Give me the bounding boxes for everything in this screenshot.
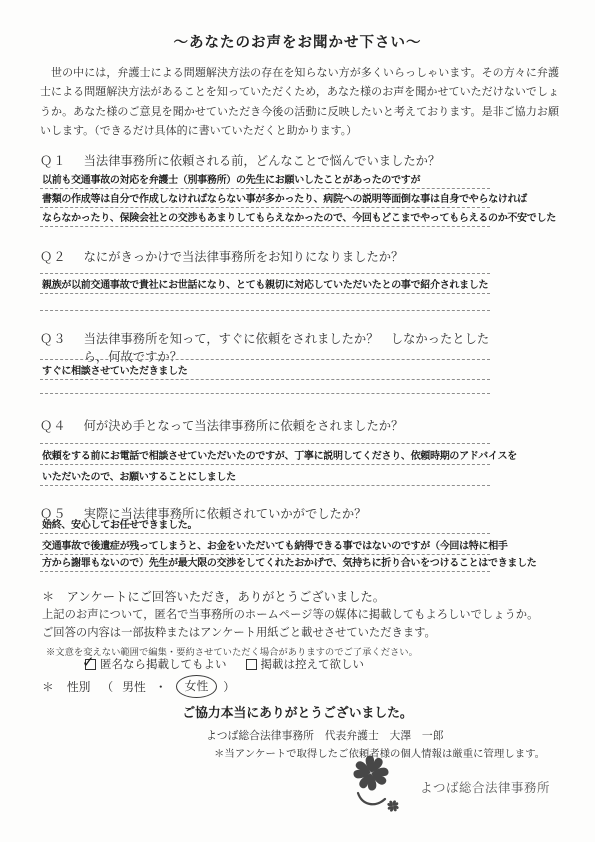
question-block-2: Ｑ２ なにがきっかけで当法律事務所をお知りになりましたか？ 親族が以前交通事故で… — [40, 247, 490, 311]
gender-paren-close: ） — [223, 678, 235, 695]
answer-ruled-line — [40, 294, 490, 311]
clover-logo-icon — [344, 748, 412, 819]
checkbox-decline-publish[interactable]: 掲載は控えて欲しい — [245, 656, 365, 672]
answer-text: 交通事故で後遺症が残ってしまうと、お金をいただいても納得できる事ではないのですが… — [42, 542, 508, 552]
gender-female-option-circled[interactable]: 女性 — [176, 675, 218, 698]
answer-line: 交通事故で後遺症が残ってしまうと、お金をいただいても納得できる事ではないのですが… — [40, 534, 490, 555]
question-4: Ｑ４ 何が決め手となって当法律事務所に依頼をされましたか？ — [40, 416, 490, 434]
answer-line: 依頼をする前にお電話で相談させていただいたのですが、丁寧に説明してくださり、依頼… — [40, 444, 490, 465]
checkbox-anonymous-ok[interactable]: ✓ 匿名なら掲載してもよい — [84, 656, 227, 672]
checkbox-decline-publish-label: 掲載は控えて欲しい — [261, 656, 365, 672]
checkbox-anonymous-ok-label: 匿名なら掲載してもよい — [100, 656, 227, 672]
checkbox-icon-checked[interactable]: ✓ — [84, 658, 97, 671]
question-3: Ｑ３ 当法律事務所を知って，すぐに依頼をされましたか？ しなかったとしたら，何故… — [40, 329, 490, 347]
firm-representative-line: よつば総合法律事務所 代表弁護士 大澤 一郎 — [206, 728, 444, 743]
gender-label: 性別 — [67, 678, 91, 695]
question-2-text: なにがきっかけで当法律事務所をお知りになりましたか？ — [84, 247, 404, 265]
question-1-label: Ｑ１ — [40, 151, 67, 169]
firm-logo-text: よつば総合法律事務所 — [420, 778, 550, 796]
question-block-1: Ｑ１ 当法律事務所に依頼される前，どんなことで悩んでいましたか？ 以前も交通事故… — [40, 151, 490, 227]
answer-text: ならなかったり、保険会社との交渉もあまりしてもらえなかったので、今回もどこまでや… — [42, 214, 556, 224]
answer-ruled-line — [40, 347, 490, 360]
question-5: Ｑ５ 実際に当法律事務所に依頼されていかがでしたか？ — [40, 504, 490, 519]
question-3-label: Ｑ３ — [40, 329, 67, 347]
question-2: Ｑ２ なにがきっかけで当法律事務所をお知りになりましたか？ — [40, 247, 490, 265]
answer-text: いただいたので、お願いすることにしました — [42, 473, 236, 483]
answer-text: 始終、安心してお任せできました。 — [42, 521, 197, 531]
answer-text: 親族が以前交通事故で貴社にお世話になり、とても親切に対応していただいたとの事で紹… — [42, 281, 488, 291]
answer-text: 書類の作成等は自分で作成しなければならない事が多かったり、病院への説明等面倒な事… — [42, 195, 527, 205]
answer-line: 始終、安心してお任せできました。 — [40, 519, 490, 534]
question-4-text: 何が決め手となって当法律事務所に依頼をされましたか？ — [84, 416, 404, 434]
answer-line: すぐに相談させていただきました — [40, 360, 490, 380]
gender-row: ＊ 性別 （ 男性 ・ 女性 ） — [42, 675, 235, 698]
answer-line: 方から謝罪もないので）先生が最大限の交渉をしてくれたおかげで、気持ちに折り合いを… — [40, 555, 490, 572]
answer-text: 方から謝罪もないので）先生が最大限の交渉をしてくれたおかげで、気持ちに折り合いを… — [42, 559, 537, 569]
answer-ruled-line — [40, 380, 490, 394]
question-block-5: Ｑ５ 実際に当法律事務所に依頼されていかがでしたか？ 始終、安心してお任せできま… — [40, 504, 490, 572]
page-title: ～あなたのお声をお聞かせ下さい～ — [0, 31, 595, 52]
answer-line: 以前も交通事故の対応を弁護士（別事務所）の先生にお願いしたことがあったのですが — [40, 170, 490, 189]
question-4-label: Ｑ４ — [40, 416, 67, 434]
question-block-3: Ｑ３ 当法律事務所を知って，すぐに依頼をされましたか？ しなかったとしたら，何故… — [40, 329, 490, 394]
checkbox-icon-empty[interactable] — [245, 658, 258, 671]
answer-text: 以前も交通事故の対応を弁護士（別事務所）の先生にお願いしたことがあったのですが — [42, 176, 420, 186]
answer-line: ならなかったり、保険会社との交渉もあまりしてもらえなかったので、今回もどこまでや… — [40, 208, 490, 227]
answer-line: 親族が以前交通事故で貴社にお世話になり、とても親切に対応していただいたとの事で紹… — [40, 274, 490, 294]
final-thanks-line: ご協力本当にありがとうございました。 — [0, 702, 595, 721]
question-1-text: 当法律事務所に依頼される前，どんなことで悩んでいましたか？ — [84, 151, 441, 169]
publish-permission-line2: ご回答の内容は一部抜粋またはアンケート用紙ごと載せさせていただきます。 — [42, 624, 436, 640]
questionnaire-sheet: ～あなたのお声をお聞かせ下さい～ 世の中には，弁護士による問題解決方法の存在を知… — [0, 0, 595, 842]
answer-line: 書類の作成等は自分で作成しなければならない事が多かったり、病院への説明等面倒な事… — [40, 189, 490, 208]
publish-permission-line1: 上記のお声について，匿名で当事務所のホームページ等の媒体に掲載してもよろしいでし… — [42, 606, 538, 622]
gender-male-option[interactable]: 男性 — [122, 678, 146, 695]
answer-ruled-line — [40, 434, 490, 444]
gender-paren-open: （ — [101, 678, 113, 695]
gender-asterisk: ＊ — [42, 678, 54, 695]
question-block-4: Ｑ４ 何が決め手となって当法律事務所に依頼をされましたか？ 依頼をする前にお電話… — [40, 416, 490, 486]
answer-line: いただいたので、お願いすることにしました — [40, 465, 490, 486]
answer-text: 依頼をする前にお電話で相談させていただいたのですが、丁寧に説明してくださり、依頼… — [42, 452, 517, 462]
answer-text: すぐに相談させていただきました — [42, 367, 188, 377]
check-mark-icon: ✓ — [82, 653, 95, 671]
publish-choice-row: ✓ 匿名なら掲載してもよい 掲載は控えて欲しい — [84, 656, 364, 672]
survey-thanks-note: ＊ アンケートにご回答いただき，ありがとうございました。 — [42, 587, 385, 605]
gender-separator-dot: ・ — [155, 678, 167, 695]
answer-ruled-line — [40, 265, 490, 274]
question-2-label: Ｑ２ — [40, 247, 67, 265]
intro-paragraph: 世の中には，弁護士による問題解決方法の存在を知らない方が多くいらっしゃいます。そ… — [40, 64, 559, 141]
question-1: Ｑ１ 当法律事務所に依頼される前，どんなことで悩んでいましたか？ — [40, 151, 490, 170]
